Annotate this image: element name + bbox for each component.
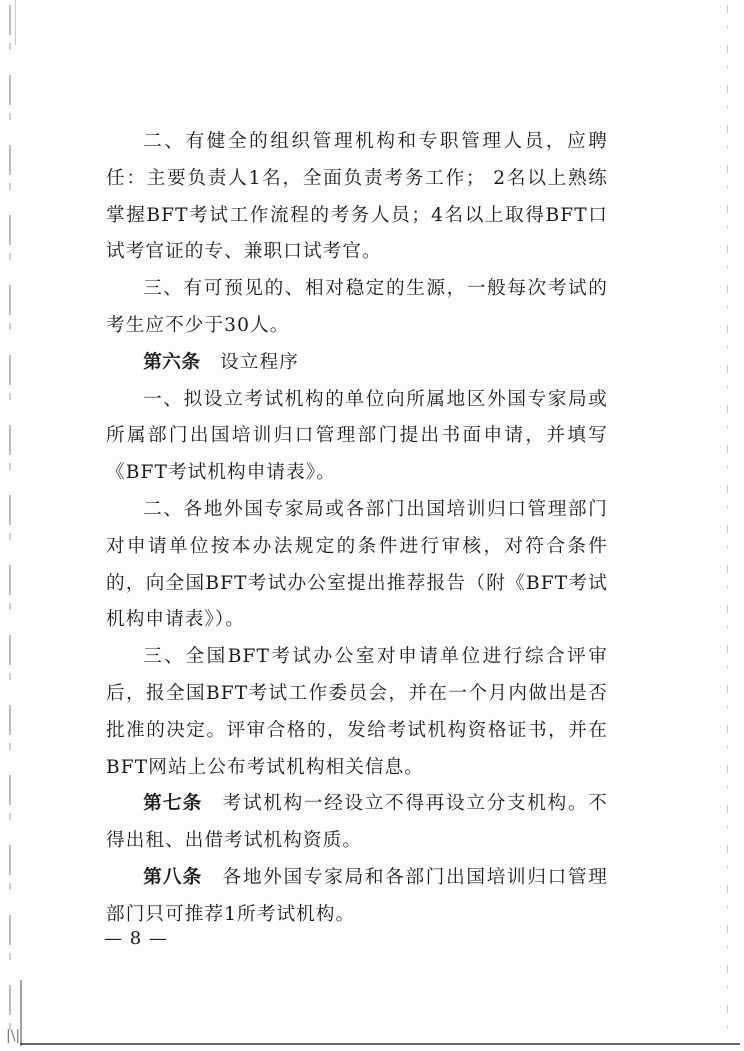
paragraph-text: 一、拟设立考试机构的单位向所属地区外国专家局或所属部门出国培训归口管理部门提出书… [106,389,608,484]
article-7: 第七条 考试机构一经设立不得再设立分支机构。不得出租、出借考试机构资质。 [106,786,608,860]
paragraph-text: 二、各地外国专家局或各部门出国培训归口管理部门对申请单位按本办法规定的条件进行审… [106,499,608,630]
article-number: 第六条 [143,352,200,373]
article-number: 第八条 [143,867,202,888]
paragraph-art6-item-1: 一、拟设立考试机构的单位向所属地区外国专家局或所属部门出国培训归口管理部门提出书… [106,382,608,492]
page-number: — 8 — [104,928,168,949]
scan-corner-mark: |\| [6,1028,20,1044]
article-6-heading: 第六条 设立程序 [106,345,608,382]
paragraph-text: 三、有可预见的、相对稳定的生源，一般每次考试的考生应不少于30人。 [106,278,608,336]
scan-edge-left [9,5,11,1045]
scan-edge-right [727,5,728,1035]
document-page: |\| 二、有健全的组织管理机构和专职管理人员，应聘任：主要负责人1名，全面负责… [0,0,744,1051]
article-number: 第七条 [143,793,202,814]
paragraph-item-3: 三、有可预见的、相对稳定的生源，一般每次考试的考生应不少于30人。 [106,271,608,345]
paragraph-art6-item-2: 二、各地外国专家局或各部门出国培训归口管理部门对申请单位按本办法规定的条件进行审… [106,492,608,639]
paragraph-text: 二、有健全的组织管理机构和专职管理人员，应聘任：主要负责人1名，全面负责考务工作… [106,131,608,262]
paragraph-item-2: 二、有健全的组织管理机构和专职管理人员，应聘任：主要负责人1名，全面负责考务工作… [106,124,608,271]
article-8: 第八条 各地外国专家局和各部门出国培训归口管理部门只可推荐1所考试机构。 [106,860,608,934]
document-body: 二、有健全的组织管理机构和专职管理人员，应聘任：主要负责人1名，全面负责考务工作… [106,124,608,934]
paragraph-art6-item-3: 三、全国BFT考试办公室对申请单位进行综合评审后，报全国BFT考试工作委员会，并… [106,639,608,786]
scan-edge-left-bottom [20,980,22,1046]
scan-edge-bottom [20,1043,740,1045]
scan-edge-left-top [15,0,16,45]
article-title: 设立程序 [200,352,298,373]
paragraph-text: 三、全国BFT考试办公室对申请单位进行综合评审后，报全国BFT考试工作委员会，并… [106,646,608,777]
